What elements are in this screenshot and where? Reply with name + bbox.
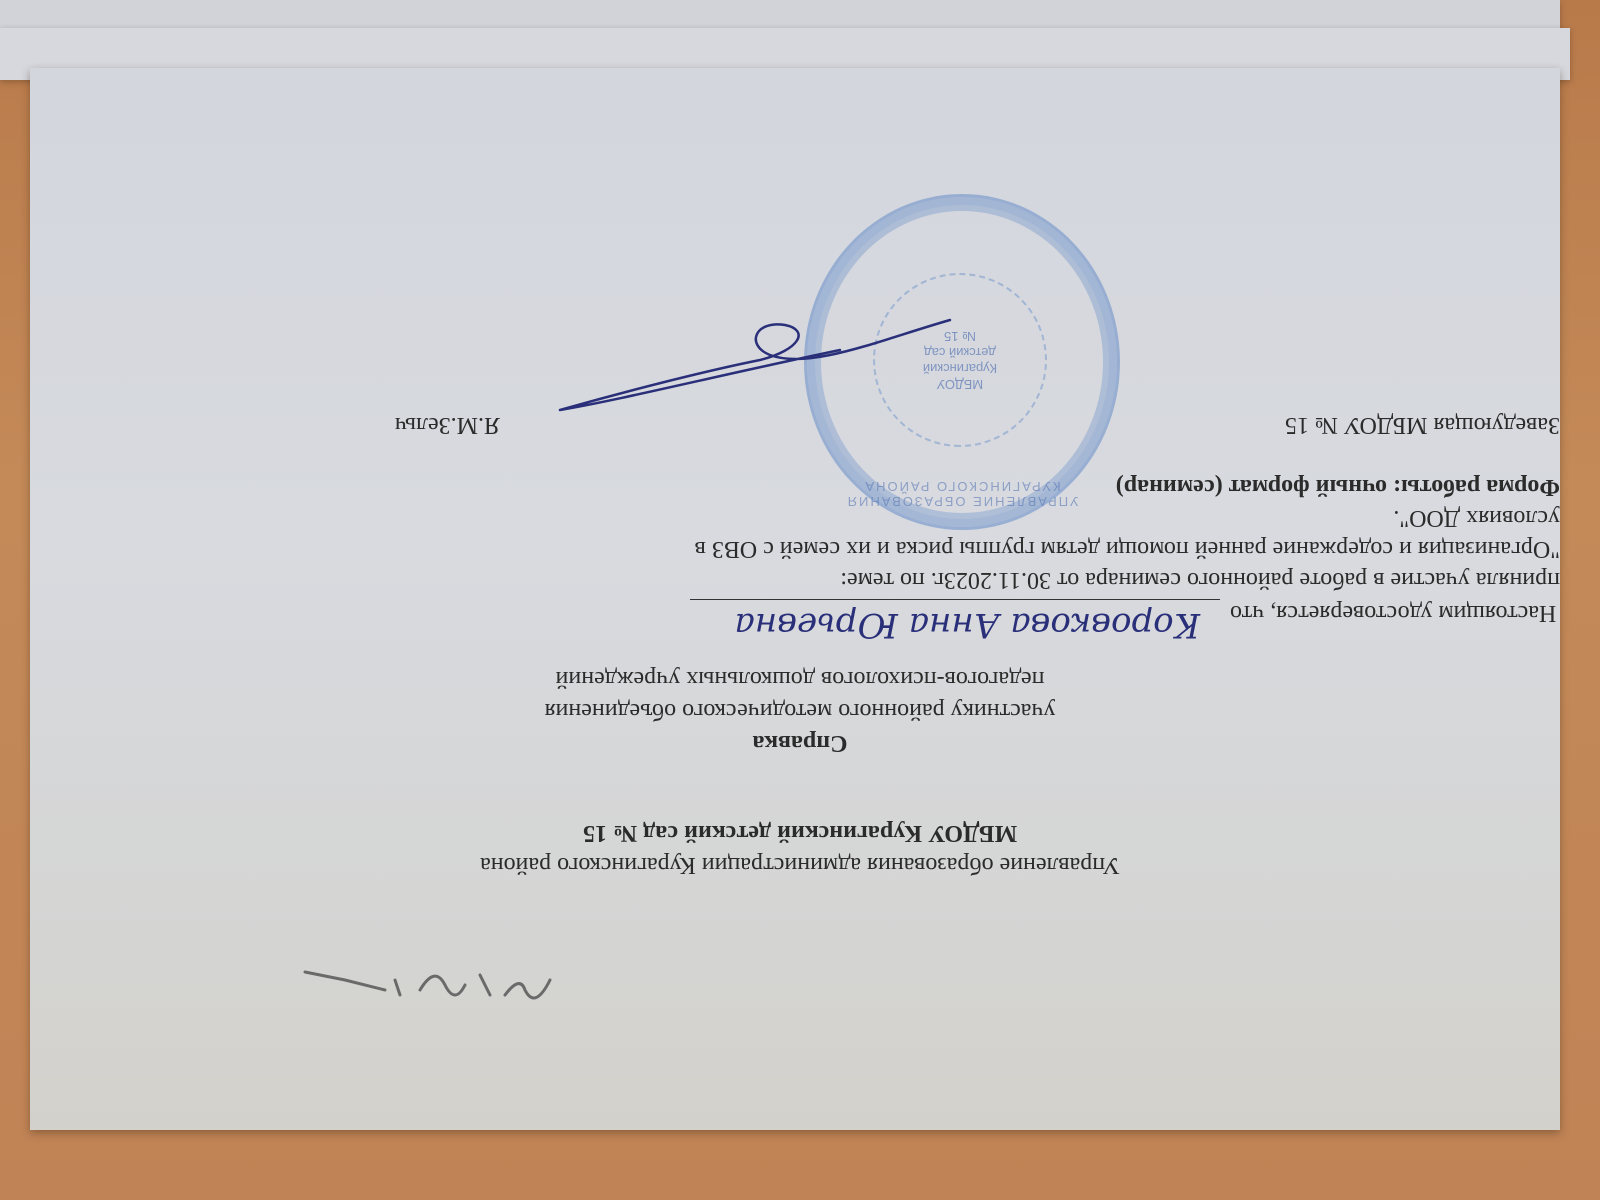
subtitle-line-2: педагогов-психологов дошкольных учрежден… xyxy=(300,664,1300,694)
subtitle-line-1: участнику районного методического объеди… xyxy=(300,696,1300,726)
header-department: Управление образования администрации Кур… xyxy=(300,850,1300,880)
participant-underline xyxy=(690,599,1220,600)
background-sheet xyxy=(0,0,1560,30)
stamp-outer-text: УПРАВЛЕНИЕ ОБРАЗОВАНИЯ КУРАГИНСКОГО РАЙО… xyxy=(807,479,1117,509)
form-of-work: Форма работы: очный формат (семинар) xyxy=(1116,472,1560,502)
certificate-sheet: Управление образования администрации Кур… xyxy=(30,68,1560,1130)
handwritten-note xyxy=(260,950,560,1040)
document-title: Справка xyxy=(300,728,1300,758)
topic-line-1: "Организация и содержание ранней помощи … xyxy=(440,534,1560,564)
signature xyxy=(540,310,960,470)
header-institution: МБДОУ Курагинский детский сад № 15 xyxy=(300,818,1300,848)
document-content: Управление образования администрации Кур… xyxy=(30,68,1560,1130)
signatory-title: Заведующая МБДОУ № 15 xyxy=(1285,410,1560,440)
topic-line-2: условиях ДОО". xyxy=(1393,503,1560,533)
body-participation: приняла участие в работе районного семин… xyxy=(690,565,1560,595)
body-intro: Настоящим удостоверяется, что xyxy=(1230,598,1560,628)
signatory-name: Я.М.Зельч xyxy=(395,410,500,440)
participant-name: Коровкова Анна Юрьевна xyxy=(735,610,1201,640)
